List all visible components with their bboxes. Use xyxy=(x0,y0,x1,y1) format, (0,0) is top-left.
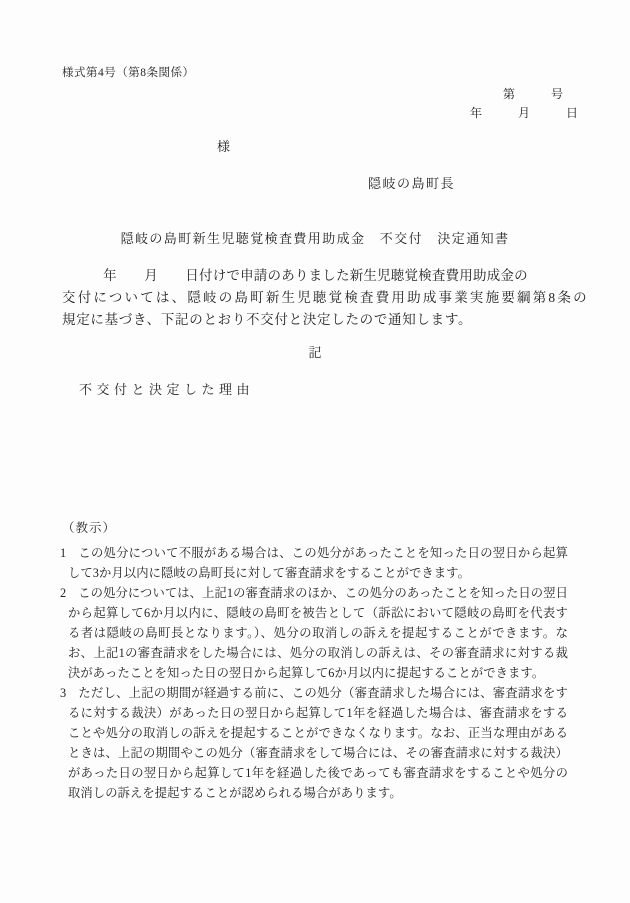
appeal-notice-list: 1この処分について不服がある場合は、この処分があったことを知った日の翌日から起算… xyxy=(0,543,630,803)
item-text: ただし、上記の期間が経過する前に、この処分（審査請求した場合には、審査請求をする… xyxy=(68,686,568,800)
body-line: 規定に基づき、下記のとおり不交付と決定したので通知します。 xyxy=(62,309,568,331)
body-line: 交付については、隠岐の島町新生児聴覚検査費用助成事業実施要綱第8条の xyxy=(62,287,568,309)
body-line: 年 月 日付けで申請のありました新生児聴覚検査費用助成金の xyxy=(62,265,568,287)
item-number: 3 xyxy=(60,686,78,700)
document-title: 隠岐の島町新生児聴覚検査費用助成金 不交付 決定通知書 xyxy=(62,230,568,248)
item-text: この処分については、上記1の審査請求のほか、この処分のあったことを知った日の翌日… xyxy=(68,586,568,680)
date-line: 年 月 日 xyxy=(0,105,578,121)
record-marker: 記 xyxy=(62,344,568,362)
item-number: 1 xyxy=(60,546,78,560)
form-number-label: 様式第4号（第8条関係） xyxy=(62,66,630,81)
document-page: 様式第4号（第8条関係） 第 号 年 月 日 様 隠岐の島町長 隠岐の島町新生児… xyxy=(0,0,630,903)
appeal-notice-heading: （教示） xyxy=(62,520,630,537)
item-number: 2 xyxy=(60,586,78,600)
document-number-line: 第 号 xyxy=(0,86,563,102)
body-paragraph: 年 月 日付けで申請のありました新生児聴覚検査費用助成金の 交付については、隠岐… xyxy=(62,265,568,331)
item-text: この処分について不服がある場合は、この処分があったことを知った日の翌日から起算し… xyxy=(68,546,568,580)
addressee-honorific: 様 xyxy=(217,138,630,155)
appeal-notice-item: 3ただし、上記の期間が経過する前に、この処分（審査請求した場合には、審査請求をす… xyxy=(68,683,568,803)
appeal-notice-item: 2この処分については、上記1の審査請求のほか、この処分のあったことを知った日の翌… xyxy=(68,583,568,683)
non-grant-reason-label: 不交付と決定した理由 xyxy=(79,381,630,398)
sender-title: 隠岐の島町長 xyxy=(368,175,630,192)
appeal-notice-item: 1この処分について不服がある場合は、この処分があったことを知った日の翌日から起算… xyxy=(68,543,568,583)
